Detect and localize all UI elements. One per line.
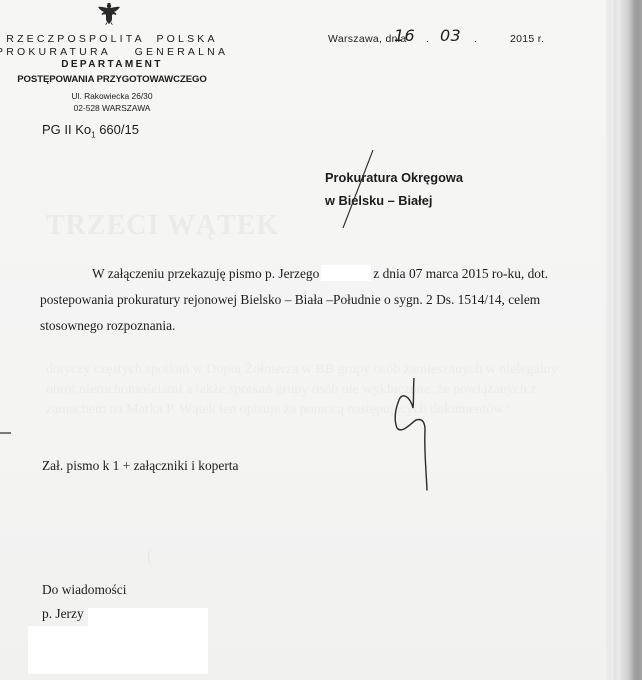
handwritten-signature <box>392 378 452 508</box>
case-reference: PG II Ko1 660/15 <box>42 122 139 140</box>
letterhead-department: DEPARTAMENT <box>0 59 228 70</box>
cc-recipient: p. Jerzy <box>42 606 84 622</box>
letter-body: W załączeniu przekazuję pismo p. Jerzego… <box>40 261 562 339</box>
page-edge-stack <box>606 0 642 680</box>
letterhead-street: Ul. Rakowiecka 26/30 <box>0 91 228 101</box>
letterhead-institution: PROKURATURA GENERALNA <box>0 46 228 58</box>
letterhead-city: 02-528 WARSZAWA <box>0 103 228 113</box>
cc-label: Do wiadomości <box>42 582 126 598</box>
date-year: 2015 r. <box>510 33 544 45</box>
case-reference-prefix: PG II Ko <box>42 122 91 137</box>
watermark-bleed-through: TRZECI WĄTEK <box>46 210 279 242</box>
attachments-note: Zał. pismo k 1 + załączniki i koperta <box>42 458 238 474</box>
eagle-emblem-icon <box>96 2 122 26</box>
date-separator: . <box>474 33 477 45</box>
letterhead-department-name: POSTĘPOWANIA PRZYGOTOWAWCZEGO <box>0 74 228 85</box>
redaction-recipient-details <box>88 608 208 674</box>
bleed-through-text: dotyczy częstych spotkań w Dopiu Żołnier… <box>46 360 566 420</box>
document-page <box>0 0 610 680</box>
body-text-part-1: W załączeniu przekazuję pismo p. Jerzego <box>92 266 319 281</box>
date-separator: . <box>426 33 429 45</box>
handwritten-slash-mark <box>340 150 380 230</box>
handwritten-day: 16 <box>394 26 415 45</box>
scan-artifact <box>148 547 161 567</box>
date-line: Warszawa, dnia 16 . 03 . 2015 r. <box>328 33 407 45</box>
case-reference-number: 660/15 <box>96 122 139 137</box>
redaction-surname <box>321 265 371 281</box>
handwritten-month: 03 <box>440 26 461 45</box>
letterhead-country: RZECZPOSPOLITA POLSKA <box>0 33 228 45</box>
redaction-recipient-address <box>28 626 98 674</box>
fold-mark <box>0 432 11 434</box>
